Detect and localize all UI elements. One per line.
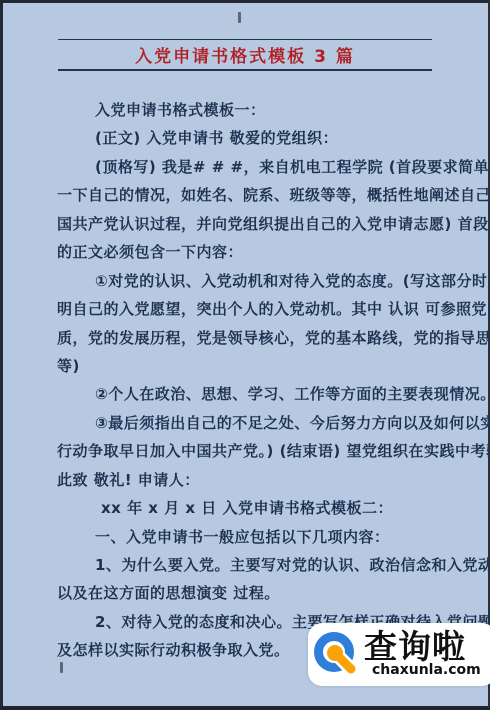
doc-line: ②个人在政治、思想、学习、工作等方面的主要表现情况。	[57, 380, 435, 408]
doc-line: 明自己的入党愿望，突出个人的入党动机。其中 认识 可参照党的性	[57, 295, 435, 323]
watermark-badge: 查询啦 chaxunla.com	[308, 623, 490, 686]
doc-line: 的正文必须包含一下内容：	[57, 238, 435, 266]
watermark-domain: chaxunla.com	[372, 663, 481, 678]
doc-line: 等)	[57, 352, 435, 380]
text-cursor-bottom	[60, 662, 63, 673]
doc-line: 行动争取早日加入中国共产党。) (结束语) 望党组织在实践中考验我!	[57, 437, 435, 465]
doc-line: ①对党的认识、入党动机和对待入党的态度。(写这部分时应表	[57, 267, 435, 295]
text-cursor-top	[238, 12, 241, 23]
doc-line: 一下自己的情况，如姓名、院系、班级等等，概括性地阐述自己对中	[57, 181, 435, 209]
doc-line: xx 年 x 月 x 日 入党申请书格式模板二：	[57, 494, 435, 522]
doc-line: 入党申请书格式模板一：	[57, 96, 435, 124]
doc-line: (顶格写) 我是# # #，来自机电工程学院 (首段要求简单介绍	[57, 153, 435, 181]
watermark-texts: 查询啦 chaxunla.com	[364, 632, 481, 678]
title-block: 入党申请书格式模板 3 篇	[58, 39, 432, 71]
doc-line: 一、入党申请书一般应包括以下几项内容：	[57, 523, 435, 551]
magnifier-icon	[312, 630, 362, 680]
doc-line: ③最后须指出自己的不足之处、今后努力方向以及如何以实际	[57, 409, 435, 437]
doc-line: 此致 敬礼! 申请人：	[57, 466, 435, 494]
doc-line: 以及在这方面的思想演变 过程。	[57, 579, 435, 607]
doc-line: 质，党的发展历程，党是领导核心，党的基本路线，党的指导思想等	[57, 324, 435, 352]
watermark-brand-name: 查询啦	[364, 630, 466, 663]
doc-line: 1、为什么要入党。主要写对党的认识、政治信念和入党动机，	[57, 551, 435, 579]
doc-line: 国共产党认识过程，并向党组织提出自己的入党申请志愿) 首段之后	[57, 210, 435, 238]
document-body: 入党申请书格式模板一： (正文) 入党申请书 敬爱的党组织： (顶格写) 我是#…	[57, 96, 435, 665]
doc-line: (正文) 入党申请书 敬爱的党组织：	[57, 124, 435, 152]
document-title: 入党申请书格式模板 3 篇	[135, 42, 355, 67]
